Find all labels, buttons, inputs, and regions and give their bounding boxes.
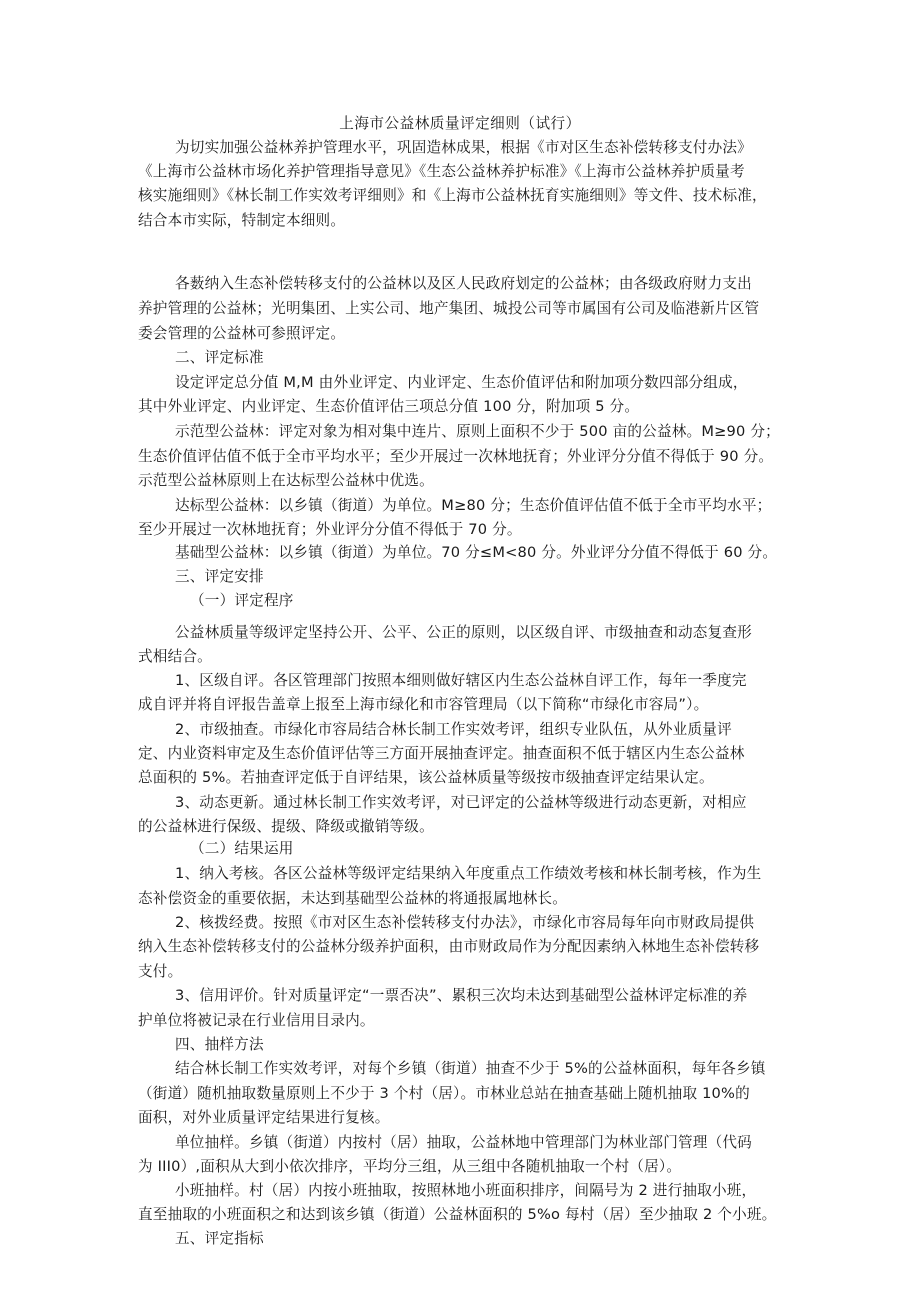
- document-line: 直至抽取的小班面积之和达到该乡镇（街道）公益林面积的 5%o 每村（居）至少抽取…: [138, 1205, 776, 1225]
- document-line: 委会管理的公益林可参照评定。: [138, 324, 345, 344]
- document-line: 示范型公益林：评定对象为相对集中连片、原则上面积不少于 500 亩的公益林。M≥…: [175, 422, 780, 442]
- document-title: 上海市公益林质量评定细则（试行）: [0, 114, 920, 134]
- document-line: 1、纳入考核。各区公益林等级评定结果纳入年度重点工作绩效考核和林长制考核，作为生: [175, 864, 761, 884]
- document-line: （一）评定程序: [190, 591, 294, 611]
- document-line: 小班抽样。村（居）内按小班抽取，按照林地小班面积排序，间隔号为 2 进行抽取小班…: [175, 1181, 756, 1201]
- document-line: 3、信用评价。针对质量评定“一票否决”、累积三次均未达到基础型公益林评定标准的养: [175, 986, 747, 1006]
- document-line: 四、抽样方法: [175, 1035, 264, 1055]
- document-line: 纳入生态补偿转移支付的公益林分级养护面积，由市财政局作为分配因素纳入林地生态补偿…: [138, 937, 759, 957]
- document-line: 《上海市公益林市场化养护管理指导意见》《生态公益林养护标准》《上海市公益林养护质…: [138, 162, 745, 182]
- document-line: 为切实加强公益林养护管理水平，巩固造林成果，根据《市对区生态补偿转移支付办法》: [175, 138, 752, 158]
- document-line: 结合林长制工作实效考评，对每个乡镇（街道）抽查不少于 5%的公益林面积，每年各乡…: [175, 1059, 766, 1079]
- document-line: 公益林质量等级评定坚持公开、公平、公正的原则，以区级自评、市级抽查和动态复查形: [175, 623, 752, 643]
- document-line: 基础型公益林：以乡镇（街道）为单位。70 分≤M<80 分。外业评分分值不得低于…: [175, 543, 777, 563]
- document-line: 定、内业资料审定及生态价值评估等三方面开展抽查评定。抽查面积不低于辖区内生态公益…: [138, 744, 745, 764]
- document-line: 成自评并将自评报告盖章上报至上海市绿化和市容管理局（以下简称“市绿化市容局”）。: [138, 695, 708, 715]
- document-line: 态补偿资金的重要依据，未达到基础型公益林的将通报属地林长。: [138, 889, 567, 909]
- document-line: 面积，对外业质量评定结果进行复核。: [138, 1108, 390, 1128]
- document-line: 其中外业评定、内业评定、生态价值评估三项总分值 100 分，附加项 5 分。: [138, 397, 639, 417]
- document-line: 2、核拨经费。按照《市对区生态补偿转移支付办法》，市绿化市容局每年向市财政局提供: [175, 913, 754, 933]
- document-line: 核实施细则》《林长制工作实效考评细则》和《上海市公益林抚育实施细则》等文件、技术…: [138, 186, 767, 206]
- document-line: 3、动态更新。通过林长制工作实效考评，对已评定的公益林等级进行动态更新，对相应: [175, 793, 747, 813]
- document-line: 各薮纳入生态补偿转移支付的公益林以及区人民政府划定的公益林；由各级政府财力支出: [175, 274, 752, 294]
- document-line: （二）结果运用: [190, 839, 294, 859]
- document-line: 二、评定标准: [175, 348, 264, 368]
- document-line: （街道）随机抽取数量原则上不少于 3 个村（居）。市林业总站在抽查基础上随机抽取…: [138, 1084, 750, 1104]
- document-line: 养护管理的公益林；光明集团、上实公司、地产集团、城投公司等市属国有公司及临港新片…: [138, 299, 759, 319]
- document-line: 支付。: [138, 962, 182, 982]
- document-line: 结合本市实际，特制定本细则。: [138, 211, 345, 231]
- document-line: 至少开展过一次林地抚育；外业评分分值不得低于 70 分。: [138, 520, 522, 540]
- document-line: 为 III0）,面积从大到小依次排序，平均分三组，从三组中各随机抽取一个村（居）…: [138, 1157, 681, 1177]
- document-line: 三、评定安排: [175, 567, 264, 587]
- document-page: 上海市公益林质量评定细则（试行） 为切实加强公益林养护管理水平，巩固造林成果，根…: [0, 0, 920, 1301]
- document-line: 的公益林进行保级、提级、降级或撤销等级。: [138, 817, 434, 837]
- document-line: 生态价值评估值不低于全市平均水平；至少开展过一次林地抚育；外业评分分值不得低于 …: [138, 447, 773, 467]
- document-line: 示范型公益林原则上在达标型公益林中优选。: [138, 471, 434, 491]
- document-line: 护单位将被记录在行业信用目录内。: [138, 1011, 375, 1031]
- document-line: 式相结合。: [138, 647, 212, 667]
- document-line: 2、市级抽查。市绿化市容局结合林长制工作实效考评，组织专业队伍，从外业质量评: [175, 720, 732, 740]
- document-line: 1、区级自评。各区管理部门按照本细则做好辖区内生态公益林自评工作，每年一季度完: [175, 671, 747, 691]
- document-line: 达标型公益林：以乡镇（街道）为单位。M≥80 分；生态价值评估值不低于全市平均水…: [175, 496, 771, 516]
- document-line: 总面积的 5%。若抽查评定低于自评结果，该公益林质量等级按市级抽查评定结果认定。: [138, 768, 714, 788]
- document-line: 单位抽样。乡镇（街道）内按村（居）抽取，公益林地中管理部门为林业部门管理（代码: [175, 1133, 752, 1153]
- document-line: 设定评定总分值 M,M 由外业评定、内业评定、生态价值评估和附加项分数四部分组成…: [175, 373, 748, 393]
- document-line: 五、评定指标: [175, 1229, 264, 1249]
